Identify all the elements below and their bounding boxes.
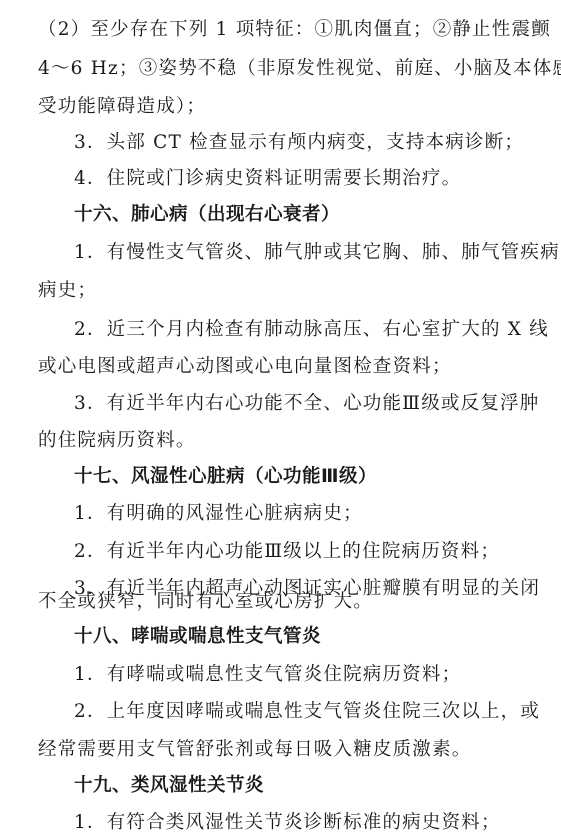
text-line: 2．上年度因哮喘或喘息性支气管炎住院三次以上，或 [74, 700, 541, 724]
text-line: 或心电图或超声心动图或心电向量图检查资料； [38, 355, 541, 379]
text-line: 3．有近半年内右心功能不全、心功能Ⅲ级或反复浮肿 [74, 392, 541, 416]
text-line: 受功能障碍造成）； [38, 95, 541, 119]
text-line: 1．有明确的风湿性心脏病病史； [74, 502, 541, 526]
text-line: 1．有符合类风湿性关节炎诊断标准的病史资料； [74, 811, 541, 833]
text-line: 2．有近半年内心功能Ⅲ级以上的住院病历资料； [74, 540, 541, 564]
text-line: 经常需要用支气管舒张剂或每日吸入糖皮质激素。 [38, 738, 541, 762]
text-line: 2．近三个月内检查有肺动脉高压、右心室扩大的 X 线 [74, 318, 541, 342]
text-line: 病史； [38, 279, 541, 303]
section-heading-19: 十九、类风湿性关节炎 [74, 774, 541, 798]
text-line: 的住院病历资料。 [38, 429, 541, 453]
text-line: 1．有哮喘或喘息性支气管炎住院病历资料； [74, 663, 541, 687]
text-line: 1．有慢性支气管炎、肺气肿或其它胸、肺、肺气管疾病 [74, 241, 541, 265]
text-line: 3．头部 CT 检查显示有颅内病变，支持本病诊断； [74, 131, 541, 155]
section-heading-18: 十八、哮喘或喘息性支气管炎 [74, 625, 541, 649]
text-line: 4～6 Hz；③姿势不稳（非原发性视觉、前庭、小脑及本体感 [38, 57, 541, 81]
section-heading-17: 十七、风湿性心脏病（心功能Ⅲ级） [74, 465, 541, 489]
document-page: （2）至少存在下列 1 项特征：①肌肉僵直；②静止性震颤 4～6 Hz；③姿势不… [0, 0, 561, 833]
section-heading-16: 十六、肺心病（出现右心衰者） [74, 203, 541, 227]
text-line: 不全或狭窄，同时有心室或心房扩大。 [38, 590, 541, 614]
text-line: （2）至少存在下列 1 项特征：①肌肉僵直；②静止性震颤 [38, 18, 541, 42]
text-line: 4．住院或门诊病史资料证明需要长期治疗。 [74, 167, 541, 191]
